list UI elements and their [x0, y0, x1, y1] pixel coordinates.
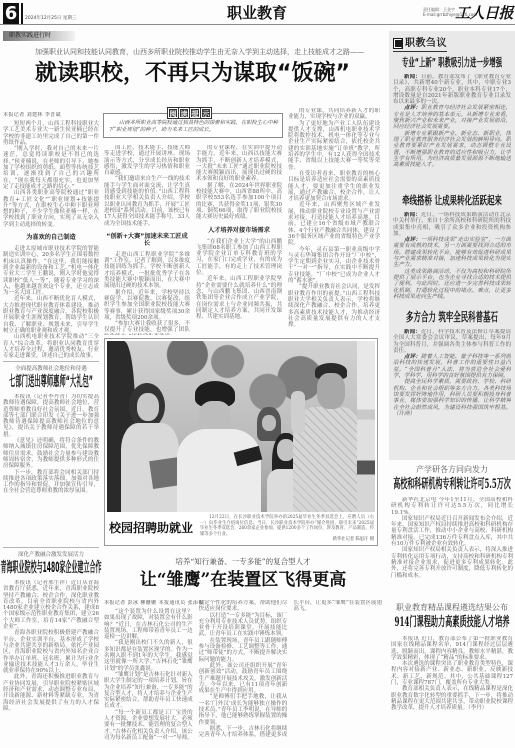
divider	[3, 547, 99, 548]
photo-credit: 新华社记者 陈思汗 摄	[290, 537, 374, 542]
reading-tip-label: 阅 读 提 示	[168, 108, 211, 118]
paragraph: 提高全民科学素质，需要政府、学校、科研机构、企业和社会组织等多方合力。各类科技场…	[393, 379, 511, 417]
subheading: 人才培养对接市场需求	[196, 227, 282, 234]
photo-person-face	[262, 415, 276, 431]
commentary-headline: 多方合力 筑牢全民科普基石	[406, 311, 498, 324]
commentary-headline: 专业“上新” 职教吸引力进一步增强	[402, 57, 502, 69]
article-headline: 青海职业院校与1480家企业建立合作	[0, 561, 101, 576]
news-headline: 914门课程助力高素质技能人才培养	[394, 616, 509, 630]
paragraph: 据介绍，近年来，学校坚持以赛促学、以赛促教、以赛促改，组织学生参加全国职业院校技…	[104, 290, 190, 321]
commentary-body: 新闻：近日，科学技术普及法修订草案提请全国人大常委会会议审议，草案提出，每年9月…	[393, 329, 511, 457]
paragraph: 点评：一项科技成果“走出实验室”，一方面需要有成熟的技术，另一方面需要找到合适的…	[393, 237, 511, 268]
column-name-underline	[393, 51, 447, 52]
photo-poster-board	[357, 341, 375, 512]
bottom-kicker: 培养“知行兼备、一专多能”的复合型人才	[104, 557, 382, 566]
paragraph: 走进山西工程职业学院“多维训”工作室，记者了解到，以多维度技能训练为抓手，学校不…	[104, 252, 190, 290]
photo-man-arm	[291, 391, 305, 433]
paragraph: 据了解，在2024年世界职业院校技能大赛中，山西省88所中、高职学校553名选手…	[196, 183, 282, 221]
news-body: 新华社北京电 今年1至11月，全国高校和科研机构专利转让许可达5.5万次，同比增…	[391, 497, 513, 600]
paragraph: 近年来，山西工程职业学院坚持“企业需要什么就培养什么”的理念，与山西鹏飞集团、山…	[196, 276, 282, 320]
paragraph: 点评：随着人工智能、量子科技等一系列前沿科技的快速发展，科普工作的重要性日益凸显…	[393, 354, 511, 379]
page-number: 6	[3, 3, 19, 24]
photo-title: 校园招聘助就业	[109, 521, 193, 535]
main-byline: 本报记者 刘建林 李晋斌	[3, 112, 99, 118]
paragraph: “是师傅们手把手地教，让我从一名‘门外汉’成长为能够独立操作的技术员。”青年员工…	[199, 694, 288, 725]
paragraph: 山西各类职业高等院校通过“职业教育+工匠文化”“职业规划+技能提升”等方式，在职…	[3, 190, 99, 228]
issue-date: 2024年12月25日 星期三	[25, 16, 76, 21]
subheading: 为喜欢的自己制造	[3, 234, 99, 241]
commentary-headline-wrap: 多方合力 筑牢全民科普基石	[389, 311, 515, 324]
paragraph: 近年来，山西聚焦区域产业发展，推动职业院校专业设置与产业需求对接，打造技能人才培…	[288, 202, 380, 246]
paragraph: 新闻：近日，一场科技成果路演活动在北京中关村举行，来自十余所高校和科研院所的科技…	[393, 212, 511, 237]
paragraph: 在受访者看来，职业教育的核心目标是培养适应社会需要的高素质技能人才，要更加注重学…	[288, 171, 380, 202]
paragraph: “参加大赛让我收获了很多，不仅提升了专业技能，也增强了团队协作能力。”该校学生李…	[104, 321, 190, 335]
paragraph: “我们邀请来自生产一线的技术能手与学生面对面交流，让学生真切感受到技能的价值。”…	[104, 176, 190, 226]
main-article-column-4: 的专业课，共同培养新人才的职业能力，实现学校与企业的双赢。为了更好地为产业工人队…	[288, 108, 380, 335]
paragraph: 《意见》还明确，将符合条件的教师纳入城镇住房保障范围，优先保障教师住房需求。鼓励…	[3, 438, 99, 469]
photo-person-body	[177, 429, 261, 512]
paragraph: 为了更好地为产业工人队伍建设提供人才支撑，山西机电职业技术学院将数控技术、机电一…	[288, 121, 380, 171]
reading-tip-char: 阅	[168, 108, 178, 118]
paragraph: “这个装置为什么设置在这里？如果出现了故障，对装置会有什么影响？”近日，在吉林石…	[104, 609, 193, 640]
paragraph: 此外，青海还积极推进职业教育与产业协同发展，引导职业院校紧贴区域经济和产业需求，…	[3, 674, 99, 712]
paragraph: 这类成果路演活动，不仅为高校和科研院所提供了展示平台，也为企业寻找合适的技术提供…	[393, 269, 511, 300]
paragraph: 本次遴选的课程突出了职业教育类型特色，课程内容对接新产业、新业态、新职业，反映新…	[391, 661, 513, 686]
page-number-bar	[21, 3, 23, 24]
main-headline: 就读职校，不再只为谋取“饭碗”	[35, 61, 350, 87]
main-article-column-1: 本报记者 刘建林 李晋斌 短短两个月，山西工程科技职业大学工艺美术专业大一新生侯…	[3, 112, 99, 360]
paragraph: 新闻：近日，科学技术普及法修订草案提请全国人大常委会会议审议，草案提出，每年9月…	[393, 329, 511, 354]
news-kicker: 职业教育精品课程遴选结果公布	[389, 603, 515, 612]
article-headline-wrap: 青海职业院校与1480家企业建立合作	[0, 561, 102, 577]
news-body: 本报讯 近日，教育部公布了第一批职业教育国家在线精品课程名单，914门课程经过层…	[391, 636, 513, 748]
photo-man-face	[317, 373, 345, 409]
paragraph: 本报讯（记者李丹青）为切实提高教师待遇保障，提高教师社会地位，营造尊师重教良好社…	[3, 394, 99, 438]
article-body: 本报讯（记者邢生祥）近日从青海省教育厅获悉，近年来，青海职业院校坚持产教融合、校…	[3, 580, 99, 748]
news-headline-wrap: 高校和科研机构专利转让许可5.5万次	[389, 478, 515, 492]
paragraph: 新闻：日前，教育部发布了《职业教育专业目录》，共新增40个新专业，其中，中职专业…	[393, 74, 511, 105]
reading-tip-char: 提	[190, 108, 200, 118]
main-article-column-3: 的专业课程，在实训中提升动手能力。近年来，山西以技能大赛为抓手，不断创新人才培养…	[196, 145, 282, 335]
commentary-body: 新闻：日前，教育部发布了《职业教育专业目录》，共新增40个新专业，其中，中职专业…	[393, 74, 511, 191]
column-body: 短短两个月，山西工程科技职业大学工艺美术专业大一新生侯亚楠已经在学校的非遗工坊里…	[3, 121, 99, 359]
paragraph: 近年来，山西不断优化育人模式，大力推进现代职业教育体系建设，推动职业教育与产业深…	[3, 296, 99, 334]
paragraph: “我是刚出校门不久的新人，很多知识都是在装置区现学的。作为一名刚入职不到1年的大…	[104, 640, 193, 671]
paragraph: 短短两个月，山西工程科技职业大学工艺美术专业大一新生侯亚楠已经在学校的非遗工坊里…	[3, 121, 99, 146]
paragraph: 在装置现场，青年员工跟随师傅参与设备检修、工艺调整等工作，通过“师带徒”的方式，…	[199, 638, 288, 663]
paragraph-label: 点评：	[404, 354, 421, 360]
column-body: “这个装置为什么设置在这里？如果出现了故障，对装置会有什么影响？”近日，在吉林石…	[104, 600, 382, 748]
paragraph: 山西机电职业技术学院推动“三全育人”综合改革，将职业认同教育贯穿人才培养全过程，…	[3, 334, 99, 359]
paragraph: 青海各职业院校积极搭建产教融合平台、企业实训平台，基本形成了学校与企业共建共享的…	[3, 630, 99, 674]
main-kicker: 加强职业认同和技能认同教育，山西多所职业院校推动学生由无奈入学到主动选择，走上技…	[35, 48, 364, 56]
news-kicker: 产学研各方同向发力	[389, 465, 515, 474]
paragraph: 的专业课程，在实训中提升动手能力。近年来，山西以技能大赛为抓手，不断创新人才培养…	[196, 145, 282, 183]
paragraph: 新增专业紧跟新产业、新业态、新职业，体现了职业教育服务经济社会发展的鲜明导向。职…	[393, 131, 511, 169]
newspaper-logo: 工人日报	[455, 4, 513, 22]
bottom-article-body: 本报记者 彭冰 柳姗姗 本报通讯员 张添福 “这个装置为什么设置在这里？如果出现…	[104, 600, 382, 748]
paragraph: 今年，灵石县第一职业高级中学与灵石华翔集团合作开设“厂中校”，学生定期到企业实习…	[288, 247, 380, 285]
paragraph: 本报讯 近日，教育部公布了第一批职业教育国家在线精品课程名单，914门课程经过层…	[391, 636, 513, 661]
commentary-body: 新闻：近日，一场科技成果路演活动在北京中关村举行，来自十余所高校和科研院所的科技…	[393, 212, 511, 308]
article-kicker: 全面提高教师社会地位和待遇	[0, 366, 102, 372]
commentary-logo-icon	[393, 38, 403, 49]
reading-tip-text: 山西多所职业高等院校通过独具特色的探索和实践，在职校生心中种下“职业规划”的种子…	[108, 120, 280, 133]
paragraph: “雏鹰计划”是吉林石化针对新入职大学生制定的一项培养计划，旨在为企业培养“知行兼…	[104, 672, 193, 710]
news-headline-wrap: 914门课程助力高素质技能人才培养	[389, 616, 515, 630]
article-headline-wrap: 七部门送出尊师惠师“大礼包”	[0, 375, 102, 391]
paragraph: 国家知识产权局近日召开新闻发布会介绍，近年来，国家知识产权局持续推进高校和科研机…	[391, 516, 513, 547]
paragraph-label: 点评：	[404, 105, 421, 111]
divider	[3, 361, 99, 362]
reading-tip-char: 读	[179, 108, 189, 118]
article-body: 本报讯（记者李丹青）为切实提高教师待遇保障，提高教师社会地位，营造尊师重教良好社…	[3, 394, 99, 544]
paragraph-label: 新闻：	[404, 329, 421, 335]
paragraph: 本报讯（记者邢生祥）近日从青海省教育厅获悉，近年来，青海职业院校坚持产教融合、校…	[3, 580, 99, 630]
paragraph: “刚入学时，我对自己的未来一片迷茫，总觉得读职校是不得已的选择。”侯亚楠说，在老…	[3, 146, 99, 190]
section-title: 职业教育	[227, 5, 287, 22]
paragraph: 新华社北京电 今年1至11月，全国高校和科研机构专利转让许可达5.5万次，同比增…	[391, 497, 513, 516]
main-article-column-2: 国工匠、技术能手、技能大师等走进学校，通过开展讲座、现场演示等方式，分享成长经历…	[104, 145, 190, 335]
header-divider	[0, 24, 515, 25]
news-photo	[107, 341, 375, 512]
paragraph-label: 新闻：	[404, 212, 421, 218]
bottom-byline: 本报记者 彭冰 柳姗姗 本报通讯员 张添福	[104, 600, 193, 606]
news-headline: 高校和科研机构专利转让许可5.5万次	[393, 478, 511, 492]
commentary-headline-wrap: 专业“上新” 职教吸引力进一步增强	[389, 57, 515, 70]
section-tag: 职教实践进行时	[3, 31, 75, 41]
photo-caption: 12月22日，在长沙职业技术学院举办的2025届毕业生冬季双选会上，应聘人员（右…	[200, 515, 374, 537]
article-headline: 七部门送出尊师惠师“大礼包”	[9, 375, 93, 390]
bottom-headline: 让“雏鹰”在装置区飞得更高	[104, 570, 382, 591]
subheading: “创新+大赛”加速未来工匠成长	[104, 233, 190, 247]
paragraph-label: 点评：	[404, 237, 421, 243]
paragraph: 下一步，教育部将会同相关部门持续推进各项政策落实落细，加强对各地工作的指导和督促…	[3, 470, 99, 495]
paragraph: 此外，该公司还组织开展“青年创新创效”活动，鼓励青年员工围绕生产难题开展技术攻关…	[199, 663, 288, 694]
paragraph: 的专业课，共同培养新人才的职业能力，实现学校与企业的双赢。	[288, 108, 380, 121]
commentary-headline: 牵线搭桥 让成果转化活跃起来	[402, 195, 502, 207]
paragraph: “在我们企业上大学”的山西鹏飞集团68名职工参加了山西工程职业学院企业订单专科教…	[196, 239, 282, 277]
paragraph: 以打造“一专多能”为目标，该厂充分利用专业技术人员优势，组织专业骨干开设培训课堂…	[199, 613, 288, 638]
paragraph: 国工匠、技术能手、技能大师等走进学校，通过开展讲座、现场演示等方式，分享成长经历…	[104, 145, 190, 176]
newspaper-page: 6 2024年12月25日 星期三 职业教育 责任编辑：王金宇 E-mail:g…	[0, 0, 515, 748]
photo-person-face	[137, 393, 159, 421]
commentary-headline-wrap: 牵线搭桥 让成果转化活跃起来	[389, 195, 515, 208]
paragraph: “提升职业教育社会认同，是发挥职业教育作用的前提。”山西工程科技职业大学相关负责…	[288, 284, 380, 328]
paragraph-label: 新闻：	[404, 74, 421, 80]
paragraph: 国家知识产权局相关负责人表示，将深入推进专利转化运用专项行动，支持高校和科研机构…	[391, 547, 513, 578]
paragraph: 点评：职业教育与经济社会发展紧密相连，专业是人才培养的基本单元。从新增专业来看，…	[393, 105, 511, 130]
paragraph: 教育部相关负责人表示，在线精品课程是深化职业教育数字化转型的重要抓手，下一步，将…	[391, 686, 513, 711]
article-kicker: 深化产教融合激发发展活力	[0, 552, 102, 558]
reading-tip-char: 示	[201, 108, 211, 118]
commentary-column-name: 职教刍议	[405, 38, 447, 50]
paragraph: 走进太原城市职业技术学院的智能制造实训中心，20多名学生正围着数控机床认真操作。…	[3, 246, 99, 296]
